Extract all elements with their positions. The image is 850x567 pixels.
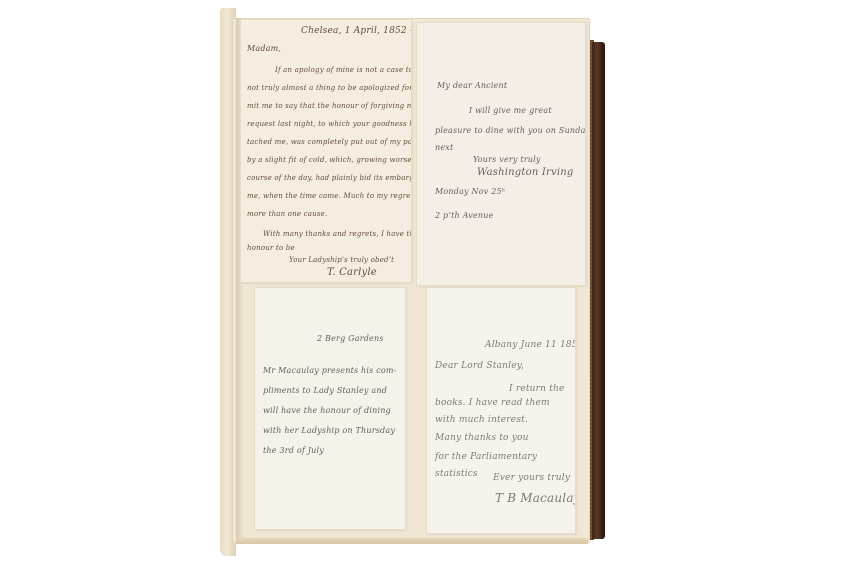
letter-line: pleasure to dine with you on Sunday [435,126,585,136]
letter-line: by a slight fit of cold, which, growing … [247,155,411,165]
letter-line: with her Ladyship on Thursday [263,426,395,436]
letter-signature: T. Carlyle [327,268,377,278]
letter-line: statistics [435,469,478,479]
letter-dateline: Albany June 11 1856 [485,340,575,350]
letter-line: the 3rd of July [263,446,324,456]
letter-line: mit me to say that the honour of forgivi… [247,101,411,111]
letter-closing: Ever yours truly [493,473,570,483]
letter-line: Mr Macaulay presents his com- [263,366,397,376]
letter-line: I return the [509,384,565,394]
letter-address-note: 2 p’th Avenue [435,211,494,221]
letter-line: next [435,143,453,153]
letter-line: will have the honour of dining [263,406,391,416]
letter-line: With many thanks and regrets, I have the [263,229,411,239]
letter-date: Monday Nov 25ʰ [435,187,505,197]
letter-line: more than one cause. [247,209,327,219]
letter-line: not truly almost a thing to be apologize… [247,83,411,93]
letter-signature: Washington Irving [477,168,573,178]
letter-line: request last night, to which your goodne… [247,119,411,129]
photograph: Chelsea, 1 April, 1852 — Madam, If an ap… [0,0,850,567]
letter-signature: T B Macaulay [495,493,575,503]
letter-line: If an apology of mine is not a case to [275,65,411,75]
letter-salutation: Dear Lord Stanley, [435,361,524,371]
letter-dateline: Chelsea, 1 April, 1852 — [301,26,411,36]
letter-salutation: My dear Ancient [437,81,507,91]
letter-line: books. I have read them [435,398,550,408]
letter-closing: Your Ladyship's truly obedʼt [289,255,394,265]
letter-salutation: Madam, [247,44,281,54]
album-bottom-edge [236,538,588,544]
letter-washington-irving: My dear Ancient I will give me great ple… [417,23,585,285]
letter-line: me, when the time came. Much to my regre… [247,191,411,201]
letter-macaulay-note: 2 Berg Gardens Mr Macaulay presents his … [255,288,405,529]
letter-line: pliments to Lady Stanley and [263,386,387,396]
letter-line: for the Parliamentary [435,452,537,462]
letter-line: with much interest. [435,415,528,425]
letter-carlyle: Chelsea, 1 April, 1852 — Madam, If an ap… [241,20,411,282]
letter-closing: Yours very truly [473,155,541,165]
letter-line: Many thanks to you [435,433,529,443]
leather-binding [592,42,605,539]
letter-albany: Albany June 11 1856 Dear Lord Stanley, I… [427,288,575,533]
letter-dateline: 2 Berg Gardens [317,334,384,344]
letter-line: tached me, was completely put out of my … [247,137,411,147]
letter-line: course of the day, had plainly bid its e… [247,173,411,183]
letter-line: I will give me great [469,106,552,116]
letter-line: honour to be [247,243,295,253]
